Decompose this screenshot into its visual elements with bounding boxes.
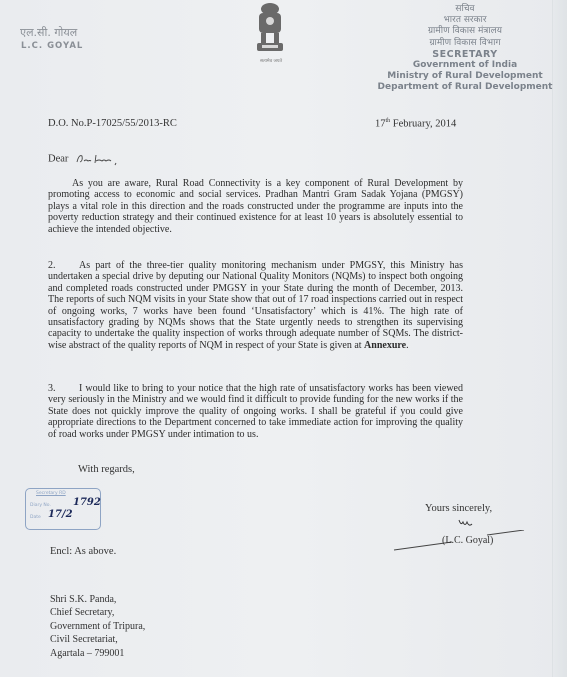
stamp-date-label: Date	[30, 515, 41, 520]
office-hindi-line: ग्रामीण विकास विभाग	[360, 38, 567, 49]
address-line: Civil Secretariat,	[50, 633, 145, 646]
enclosure-note: Encl: As above.	[50, 546, 116, 557]
address-line: Government of Tripura,	[50, 620, 145, 633]
address-line: Shri S.K. Panda,	[50, 593, 145, 606]
address-line: Chief Secretary,	[50, 606, 145, 619]
paragraph-1: As you are aware, Rural Road Connectivit…	[48, 178, 463, 235]
salutation-text: Dear	[48, 153, 68, 164]
office-hindi-line: ग्रामीण विकास मंत्रालय	[360, 26, 567, 37]
stamp-diary-number: 1792	[73, 497, 101, 508]
address-line: Agartala – 799001	[50, 647, 145, 660]
salutation: Dear	[48, 152, 123, 166]
letter-date: 17th February, 2014	[375, 118, 456, 130]
office-title: SECRETARY	[360, 49, 567, 60]
stamp-date-value: 17/2	[48, 509, 73, 520]
office-english-line: Department of Rural Development	[360, 82, 567, 93]
paragraph-number: 3.	[48, 383, 79, 394]
paragraph-2: 2.As part of the three-tier quality moni…	[48, 260, 463, 351]
closing: Yours sincerely,	[425, 503, 492, 514]
handwritten-name	[75, 152, 123, 166]
paragraph-tail: .	[406, 340, 409, 351]
sender-name-hindi: एल.सी. गोयल	[20, 25, 77, 40]
date-rest: February, 2014	[390, 119, 456, 130]
date-day: 17	[375, 119, 386, 130]
paragraph-3: 3.I would like to bring to your notice t…	[48, 383, 463, 440]
paragraph-text: As part of the three-tier quality monito…	[48, 260, 463, 351]
stamp-title: Secretary RD	[36, 491, 66, 496]
letter-page: एल.सी. गोयल L.C. GOYAL सत्यमेव जयते सचिव…	[0, 0, 567, 677]
emblem-caption: सत्यमेव जयते	[254, 58, 288, 64]
paragraph-text: As you are aware, Rural Road Connectivit…	[48, 178, 463, 235]
paragraph-number: 2.	[48, 260, 79, 271]
recipient-address: Shri S.K. Panda, Chief Secretary, Govern…	[50, 593, 145, 660]
office-english-line: Government of India	[360, 60, 567, 71]
office-hindi-line: भारत सरकार	[360, 15, 567, 26]
annexure-reference: Annexure	[364, 340, 406, 351]
regards: With regards,	[78, 464, 135, 475]
office-english-line: Ministry of Rural Development	[360, 71, 567, 82]
office-hindi-line: सचिव	[360, 4, 567, 15]
stamp-diary-label: Diary No.	[30, 503, 51, 508]
receipt-stamp: Secretary RD Diary No. 1792 Date 17/2	[25, 488, 101, 530]
office-letterhead: सचिव भारत सरकार ग्रामीण विकास मंत्रालय ग…	[360, 4, 567, 94]
sender-name-english: L.C. GOYAL	[21, 41, 83, 51]
national-emblem-icon	[250, 1, 290, 59]
reference-number: D.O. No.P-17025/55/2013-RC	[48, 118, 177, 129]
signatory-name: (L.C. Goyal)	[442, 535, 493, 546]
signature-icon	[457, 517, 475, 529]
page-edge	[552, 0, 567, 677]
paragraph-text: I would like to bring to your notice tha…	[48, 383, 463, 440]
